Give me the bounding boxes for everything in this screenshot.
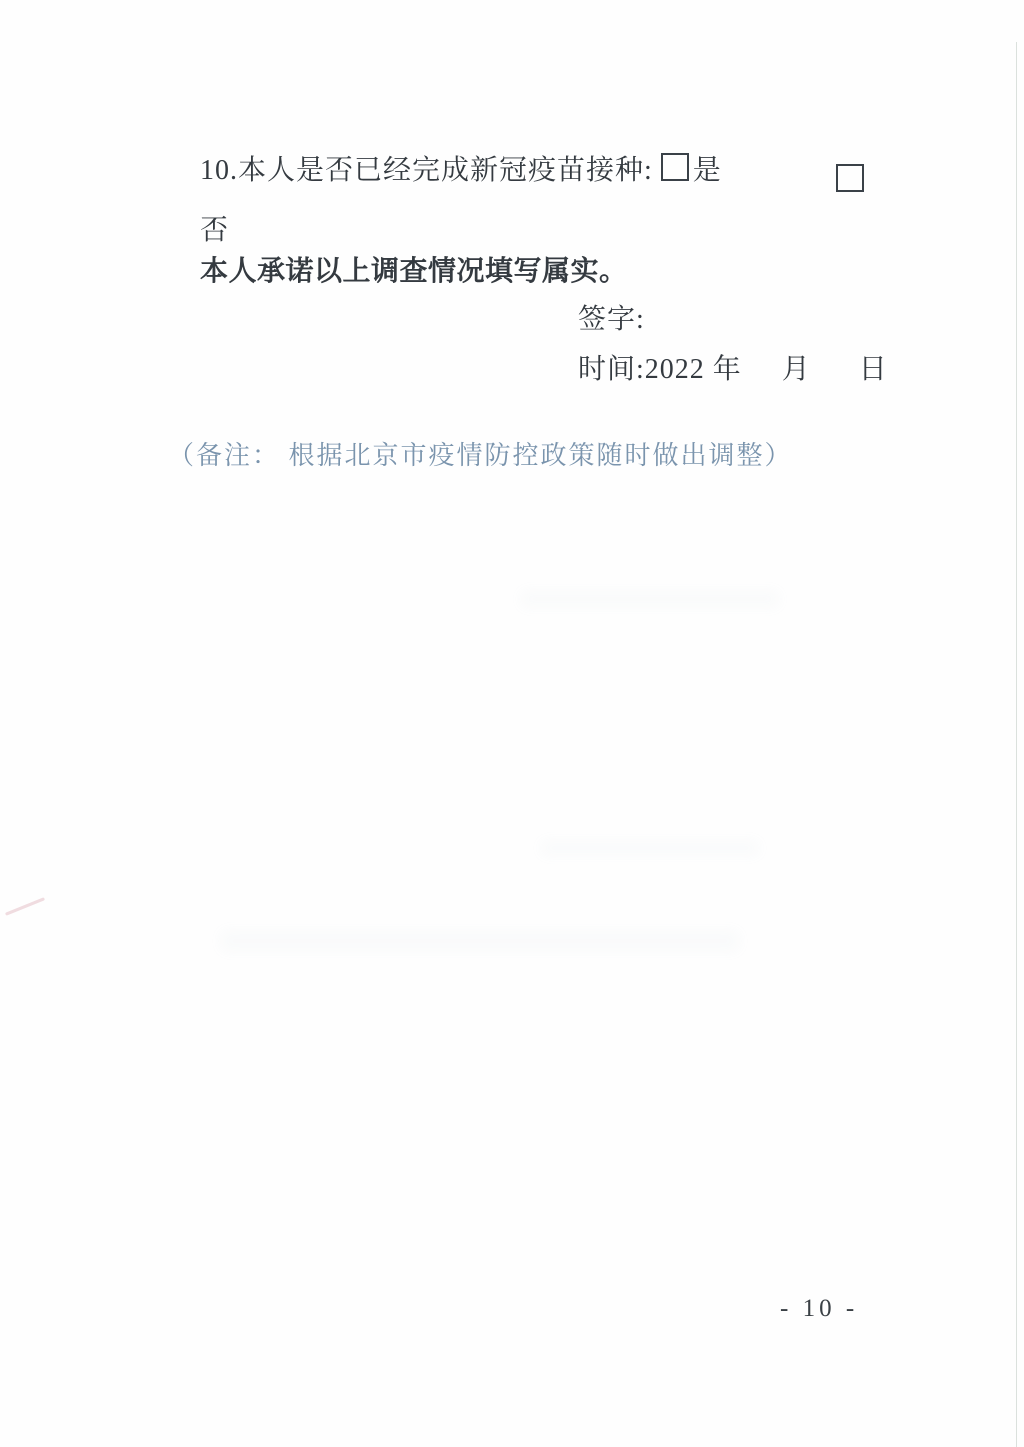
checkbox-no-icon[interactable] [836,164,864,192]
signature-label: 签字: [578,301,645,339]
scan-artifact-mark [5,897,45,916]
question-10-text: 10.本人是否已经完成新冠疫苗接种: [200,155,653,186]
checkbox-yes-icon[interactable] [661,153,689,181]
scan-bleedthrough-smudge [540,840,760,856]
document-page: 10.本人是否已经完成新冠疫苗接种:是 否 本人承诺以上调查情况填写属实。 签字… [0,0,1024,1447]
remark-note: （备注： 根据北京市疫情防控政策随时做出调整） [168,437,793,475]
date-line: 时间:2022 年 月 日 [578,351,888,389]
scan-edge-line [1016,42,1017,1447]
question-10-line: 10.本人是否已经完成新冠疫苗接种:是 [200,152,722,190]
option-yes-label: 是 [693,155,722,186]
page-number: - 10 - [780,1290,858,1328]
option-no-label: 否 [200,212,229,250]
scan-bleedthrough-smudge [520,590,780,608]
declaration-text: 本人承诺以上调查情况填写属实。 [200,253,628,291]
scan-bleedthrough-smudge [220,930,740,952]
